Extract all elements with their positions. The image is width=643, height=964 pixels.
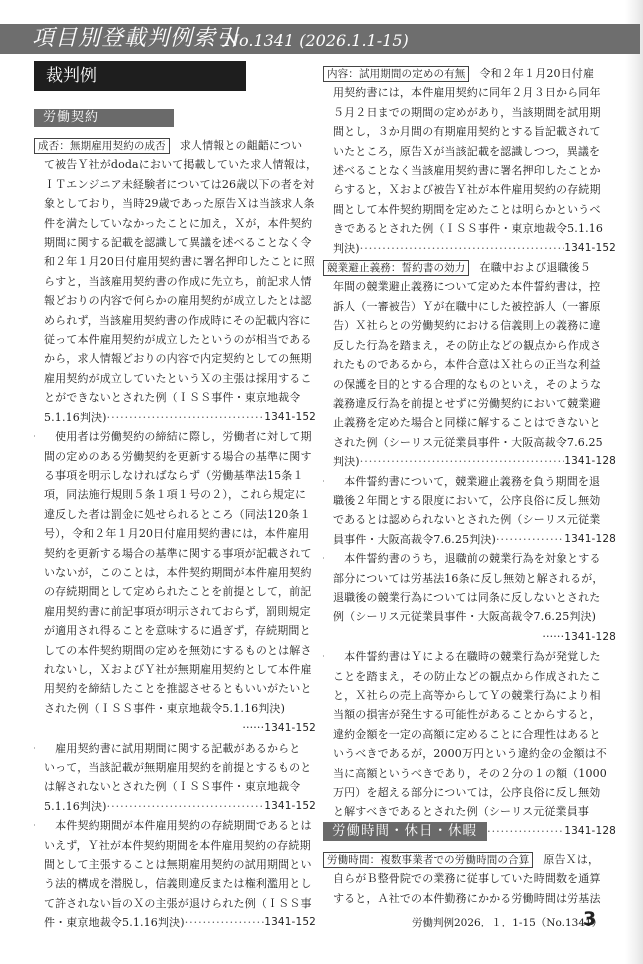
entry-line: ・ 本件誓約書について，競業避止義務を負う期間を退 <box>323 472 616 491</box>
page-reference: 1341-128 <box>564 530 616 549</box>
category-banner-working-hours: 労働時間・休日・休暇 <box>323 822 487 841</box>
entry-text: 5.1.16判決) <box>44 797 107 816</box>
dot-leader <box>496 530 564 549</box>
entry-line: 職後２年間とする限度において，公序良俗に反し無効 <box>323 491 616 510</box>
entry-line: 間として本件契約期間を定めたことは明らかというべ <box>323 200 616 219</box>
entry-line: ５月２日までの期間の定めがあり，当該期間を試用期 <box>323 103 616 122</box>
entry-line: 万円）を超える部分については，公序良俗に反し無効 <box>323 783 616 802</box>
entry-line: 年間の競業避止義務について定めた本件誓約書は，控 <box>323 277 616 296</box>
entry-text: 求人情報との齟齬につい <box>180 139 302 152</box>
entry-line: が適用され得ることを意味するに過ぎず，存続期間と <box>34 621 316 640</box>
entry-line: 告）Ｘ社らとの労働契約における信義則上の義務に違 <box>323 316 616 335</box>
entry-line: 報どおりの内容で何らかの雇用契約が成立したとは認 <box>34 291 316 310</box>
page-reference: 1341-152 <box>264 797 316 816</box>
entry-line: 述べることなく当該雇用契約書に署名押印したことか <box>323 161 616 180</box>
entry-line: 和２年１月20日付雇用契約書に署名押印したことに照 <box>34 252 316 271</box>
case-reference: 員事件・大阪高裁令7.6.25判決)1341-128 <box>323 530 616 549</box>
entry-line: 退職後の競業行為については同条に反しないとされた <box>323 588 616 607</box>
entry-line: 雇用契約が成立していたというＸの主張は採用するこ <box>34 369 316 388</box>
entry-first-line: 労働時間：複数事業者での労働時間の合算原告Ｘは， <box>323 850 616 869</box>
journal-footer: 労働判例2026．１．1-15（No.1341） <box>412 915 602 930</box>
page-reference: 1341-152 <box>264 408 316 427</box>
dot-leader <box>474 822 565 841</box>
dot-leader <box>107 797 265 816</box>
entry-tag: 内容：試用期間の定めの有無 <box>323 66 469 82</box>
entry-text: 員事件・大阪高裁令7.6.25判決) <box>333 530 496 549</box>
dot-leader <box>185 913 265 932</box>
entry-line: 象としており，当時29歳であった原告Ｘは当該求人条 <box>34 194 316 213</box>
index-entry: 成否：無期雇用契約の成否求人情報との齟齬につい て被告Ｙ社がdodaにおいて掲載… <box>34 136 316 933</box>
entry-line: 項，同法施行規則５条１項１号の２），これら規定に <box>34 485 316 504</box>
entry-line: 部分については労基法16条に反し無効と解されるが， <box>323 569 616 588</box>
index-header-band: 項目別登載判例索引 No.1341 (2026.1.1-15) <box>0 24 640 54</box>
entry-line: 号），令和２年１月20日付雇用契約書には，本件雇用 <box>34 524 316 543</box>
page-reference: 1341-152 <box>564 239 616 258</box>
entry-line: ・ 本件誓約書はＹによる在職時の競業行為が発覚した <box>323 647 616 666</box>
entry-line: れたものであるから，本件合意はＸ社らの正当な利益 <box>323 355 616 374</box>
entry-line: て被告Ｙ社がdodaにおいて掲載していた求人情報は， <box>34 155 316 174</box>
dot-leader <box>107 408 265 427</box>
entry-text: 判決) <box>333 239 360 258</box>
index-entry: 労働時間：複数事業者での労働時間の合算原告Ｘは， 自らがＢ整骨院での業務に従事し… <box>323 850 616 908</box>
bullet-icon: ・ <box>323 549 328 568</box>
entry-line: は解されないとされた例（ＩＳＳ事件・東京地裁令 <box>34 777 316 796</box>
entry-line: 当に高額というべきであり，その２分の１の額（1000 <box>323 764 616 783</box>
entry-tag: 労働時間：複数事業者での労働時間の合算 <box>323 852 533 868</box>
entry-line: 用契約書には，本件雇用契約に同年２月３日から同年 <box>323 83 616 102</box>
entry-line: とができないとされた例（ＩＳＳ事件・東京地裁令 <box>34 388 316 407</box>
category-banner-labor-contract: 労働契約 <box>34 109 174 127</box>
entry-line: と解すべきであるとされた例（シーリス元従業員事 <box>323 802 616 821</box>
entry-line: 間の定めのある労働契約を更新する場合の基準に関す <box>34 447 316 466</box>
entry-line: て許されない旨のＸの主張が退けられた例（ＩＳＳ事 <box>34 894 316 913</box>
entry-line: 反した行為を踏まえ，その防止などの観点から作成さ <box>323 336 616 355</box>
entry-line: いって，当該記載が無期雇用契約を前提とするものと <box>34 758 316 777</box>
entry-line: 自らがＢ整骨院での業務に従事していた時間数を通算 <box>323 869 616 888</box>
entry-line: から，求人情報どおりの内容で内定契約としての無期 <box>34 349 316 368</box>
entry-line: 件を満たしていなかったことに加え，Ｘが，本件契約 <box>34 214 316 233</box>
entry-line: 用契約を締結したことを推認させるともいいがたいと <box>34 679 316 698</box>
entry-line: いうべきであるが，2000万円という違約金の金額は不 <box>323 744 616 763</box>
section-banner-cases: 裁判例 <box>34 61 246 91</box>
entry-line: の保護を目的とする合理的なものといえ，そのような <box>323 375 616 394</box>
entry-line: と，Ｘ社らの売上高等からしてＹの競業行為により相 <box>323 686 616 705</box>
entry-first-line: 成否：無期雇用契約の成否求人情報との齟齬につい <box>34 136 316 155</box>
dot-leader: ······ <box>542 630 564 643</box>
entry-line: ことを踏まえ，その防止などの観点から作成されたこ <box>323 667 616 686</box>
entry-line: 雇用契約書に前記事項が明示されておらず，罰則規定 <box>34 602 316 621</box>
entry-line: きであるとされた例（ＩＳＳ事件・東京地裁令5.1.16 <box>323 219 616 238</box>
entry-line: 契約を更新する場合の基準に関する事項が記載されて <box>34 544 316 563</box>
entry-text: 本件誓約書について，競業避止義務を負う期間を退 <box>333 475 600 488</box>
entry-line: された例（シーリス元従業員事件・大阪高裁令7.6.25 <box>323 433 616 452</box>
case-reference: ······1341-128 <box>323 627 616 647</box>
entry-text: 本件契約期間が本件雇用契約の存続期間であるとは <box>44 819 312 832</box>
entry-line: ・ 本件誓約書のうち，退職前の競業行為を対象とする <box>323 549 616 568</box>
index-entry: 内容：試用期間の定めの有無令和２年１月20日付雇 用契約書には，本件雇用契約に同… <box>323 64 616 841</box>
page-reference: 1341-152 <box>264 722 316 734</box>
entry-line: らすと，当該雇用契約書の作成に先立ち，前記求人情 <box>34 272 316 291</box>
bullet-icon: ・ <box>34 739 39 758</box>
case-reference: 判決)1341-152 <box>323 239 616 258</box>
entry-line: 義務違反行為を前提とせずに労働契約において競業避 <box>323 394 616 413</box>
case-reference: 件・東京地裁令5.1.16判決)1341-152 <box>34 913 316 932</box>
case-reference: 5.1.16判決)1341-152 <box>34 797 316 816</box>
page-number: 3 <box>583 908 596 930</box>
bullet-icon: ・ <box>34 427 39 446</box>
entry-tag: 競業避止義務：誓約書の効力 <box>323 260 469 276</box>
entry-line: 訴人（一審被告）Ｙが在職中にした被控訴人（一審原 <box>323 297 616 316</box>
case-reference: 5.1.16判決)1341-152 <box>34 408 316 427</box>
entry-line: ・ 雇用契約書に試用期間に関する記載があるからと <box>34 739 316 758</box>
entry-line: められず，当該雇用契約書の作成時にその記載内容に <box>34 311 316 330</box>
entry-line: であるとは認められないとされた例（シーリス元従業 <box>323 510 616 529</box>
entry-line: 期間に関する記載を認識して異議を述べることなく令 <box>34 233 316 252</box>
entry-text: 原告Ｘは， <box>543 853 599 866</box>
entry-line: 止義務を定めた場合と同様に解することはできないと <box>323 413 616 432</box>
entry-line: 違約金額を一定の高額に定めることに合理性はあると <box>323 725 616 744</box>
index-title: 項目別登載判例索引 <box>32 24 239 54</box>
entry-text: 在職中および退職後５ <box>479 261 591 274</box>
entry-line: いえず，Ｙ社が本件契約期間を本件雇用契約の存続期 <box>34 836 316 855</box>
page-reference: 1341-128 <box>564 452 616 471</box>
bullet-icon: ・ <box>323 647 328 666</box>
entry-line: された例（ＩＳＳ事件・東京地裁令5.1.16判決) <box>34 699 316 718</box>
entry-text: 令和２年１月20日付雇 <box>479 67 594 80</box>
dot-leader <box>360 452 564 471</box>
entry-first-line: 内容：試用期間の定めの有無令和２年１月20日付雇 <box>323 64 616 83</box>
entry-line: 従って本件雇用契約が成立したというのが相当である <box>34 330 316 349</box>
entry-line: の存続期間として定められたことを前提として，前記 <box>34 582 316 601</box>
entry-line: 間とし，３か月間の有期雇用契約とする旨記載されて <box>323 122 616 141</box>
entry-text: 5.1.16判決) <box>44 408 107 427</box>
case-reference: 判決)1341-128 <box>323 452 616 471</box>
entry-text: 使用者は労働契約の締結に際し，労働者に対して期 <box>44 430 312 443</box>
entry-line: う法的構成を潜脱し，信義則違反または権利濫用とし <box>34 874 316 893</box>
bullet-icon: ・ <box>323 472 328 491</box>
dot-leader: ······ <box>242 721 264 734</box>
entry-line: すると，Ａ社での本件勤務にかかる労働時間は労基法 <box>323 889 616 908</box>
entry-line: しての本件契約期間の定めを無効にするものとは解さ <box>34 641 316 660</box>
entry-line: いたところ，原告Ｘが当該記載を認識しつつ，異議を <box>323 142 616 161</box>
case-reference: ······1341-152 <box>34 718 316 738</box>
entry-line: れないし，ＸおよびＹ社が無期雇用契約として本件雇 <box>34 660 316 679</box>
page-edge-shadow <box>625 0 643 964</box>
bullet-icon: ・ <box>34 816 39 835</box>
page-reference: 1341-128 <box>564 822 616 841</box>
entry-line: いないが，このことは，本件契約期間が本件雇用契約 <box>34 563 316 582</box>
entry-line: 当額の損害が発生する可能性があることからすると， <box>323 705 616 724</box>
entry-line: 間として主張することは無期雇用契約の試用期間とい <box>34 855 316 874</box>
entry-line: 例（シーリス元従業員事件・大阪高裁令7.6.25判決) <box>323 607 616 626</box>
entry-tag: 成否：無期雇用契約の成否 <box>34 138 170 154</box>
page-reference: 1341-152 <box>264 913 316 932</box>
entry-first-line: 競業避止義務：誓約書の効力在職中および退職後５ <box>323 258 616 277</box>
page-reference: 1341-128 <box>564 631 616 643</box>
dot-leader <box>360 239 564 258</box>
entry-line: る事項を明示しなければならず（労働基準法15条１ <box>34 466 316 485</box>
entry-text: 雇用契約書に試用期間に関する記載があるからと <box>44 742 300 755</box>
entry-text: 本件誓約書のうち，退職前の競業行為を対象とする <box>333 552 601 565</box>
entry-text: 件・東京地裁令5.1.16判決) <box>44 913 185 932</box>
issue-label: No.1341 (2026.1.1-15) <box>225 26 409 56</box>
entry-text: 判決) <box>333 452 360 471</box>
entry-line: 違反した者は罰金に処せられるところ（同法120条１ <box>34 505 316 524</box>
entry-line: らすると，Ｘおよび被告Ｙ社が本件雇用契約の存続期 <box>323 180 616 199</box>
entry-text: 本件誓約書はＹによる在職時の競業行為が発覚した <box>333 650 601 663</box>
entry-line: ・ 使用者は労働契約の締結に際し，労働者に対して期 <box>34 427 316 446</box>
entry-line: ・ 本件契約期間が本件雇用契約の存続期間であるとは <box>34 816 316 835</box>
entry-line: ＩＴエンジニア未経験者については26歳以下の者を対 <box>34 175 316 194</box>
